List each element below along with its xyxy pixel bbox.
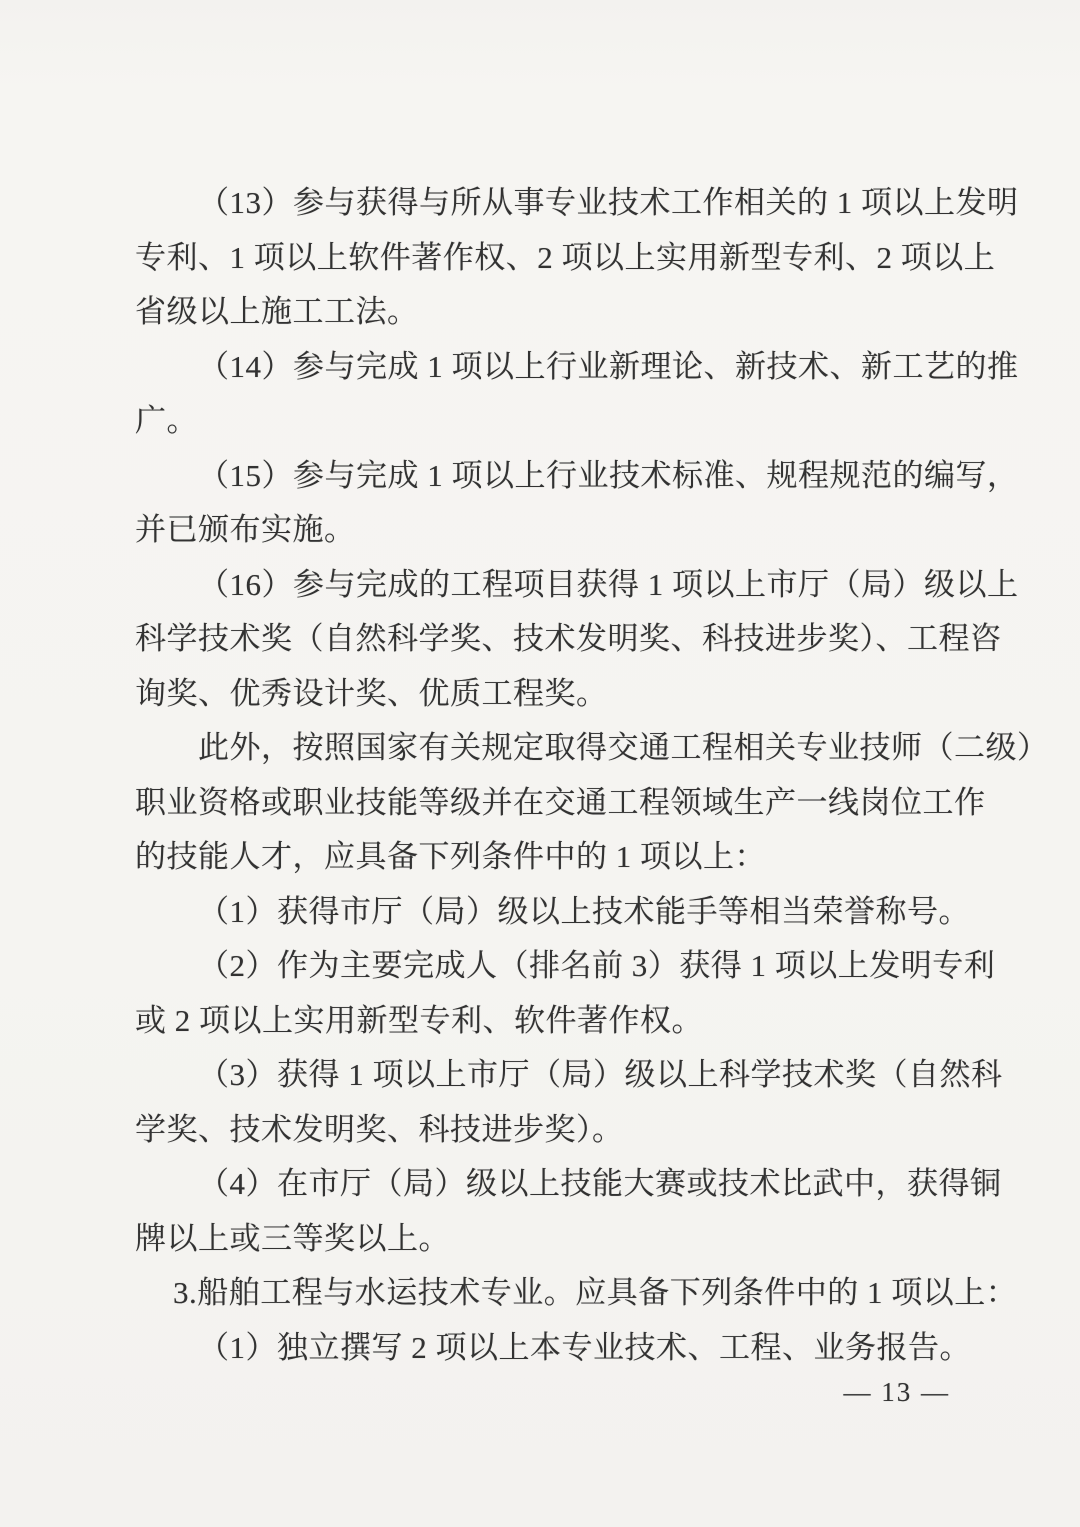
text-line: 省级以上施工工法。: [135, 285, 950, 340]
text-line: （1）独立撰写 2 项以上本专业技术、工程、业务报告。: [135, 1321, 950, 1376]
document-body: （13）参与获得与所从事专业技术工作相关的 1 项以上发明专利、1 项以上软件著…: [135, 176, 950, 1375]
text-line: （3）获得 1 项以上市厅（局）级以上科学技术奖（自然科: [135, 1048, 950, 1103]
text-line: （16）参与完成的工程项目获得 1 项以上市厅（局）级以上: [135, 558, 950, 613]
text-line: 牌以上或三等奖以上。: [135, 1212, 950, 1267]
text-line: （15）参与完成 1 项以上行业技术标准、规程规范的编写，: [135, 449, 950, 504]
text-line: 专利、1 项以上软件著作权、2 项以上实用新型专利、2 项以上: [135, 231, 950, 286]
text-line: 并已颁布实施。: [135, 503, 950, 558]
text-line: 或 2 项以上实用新型专利、软件著作权。: [135, 994, 950, 1049]
text-line: 3.船舶工程与水运技术专业。应具备下列条件中的 1 项以上：: [135, 1266, 950, 1321]
page-number: — 13 —: [844, 1375, 951, 1409]
text-line: （4）在市厅（局）级以上技能大赛或技术比武中，获得铜: [135, 1157, 950, 1212]
text-line: 询奖、优秀设计奖、优质工程奖。: [135, 667, 950, 722]
text-line: （13）参与获得与所从事专业技术工作相关的 1 项以上发明: [135, 176, 950, 231]
document-page: （13）参与获得与所从事专业技术工作相关的 1 项以上发明专利、1 项以上软件著…: [0, 0, 1080, 1527]
text-line: 职业资格或职业技能等级并在交通工程领域生产一线岗位工作: [135, 776, 950, 831]
text-line: （14）参与完成 1 项以上行业新理论、新技术、新工艺的推: [135, 340, 950, 395]
text-line: 科学技术奖（自然科学奖、技术发明奖、科技进步奖）、工程咨: [135, 612, 950, 667]
text-line: 广。: [135, 394, 950, 449]
text-line: （1）获得市厅（局）级以上技术能手等相当荣誉称号。: [135, 885, 950, 940]
text-line: 的技能人才，应具备下列条件中的 1 项以上：: [135, 830, 950, 885]
text-line: （2）作为主要完成人（排名前 3）获得 1 项以上发明专利: [135, 939, 950, 994]
text-line: 此外，按照国家有关规定取得交通工程相关专业技师（二级）: [135, 721, 950, 776]
text-line: 学奖、技术发明奖、科技进步奖）。: [135, 1103, 950, 1158]
